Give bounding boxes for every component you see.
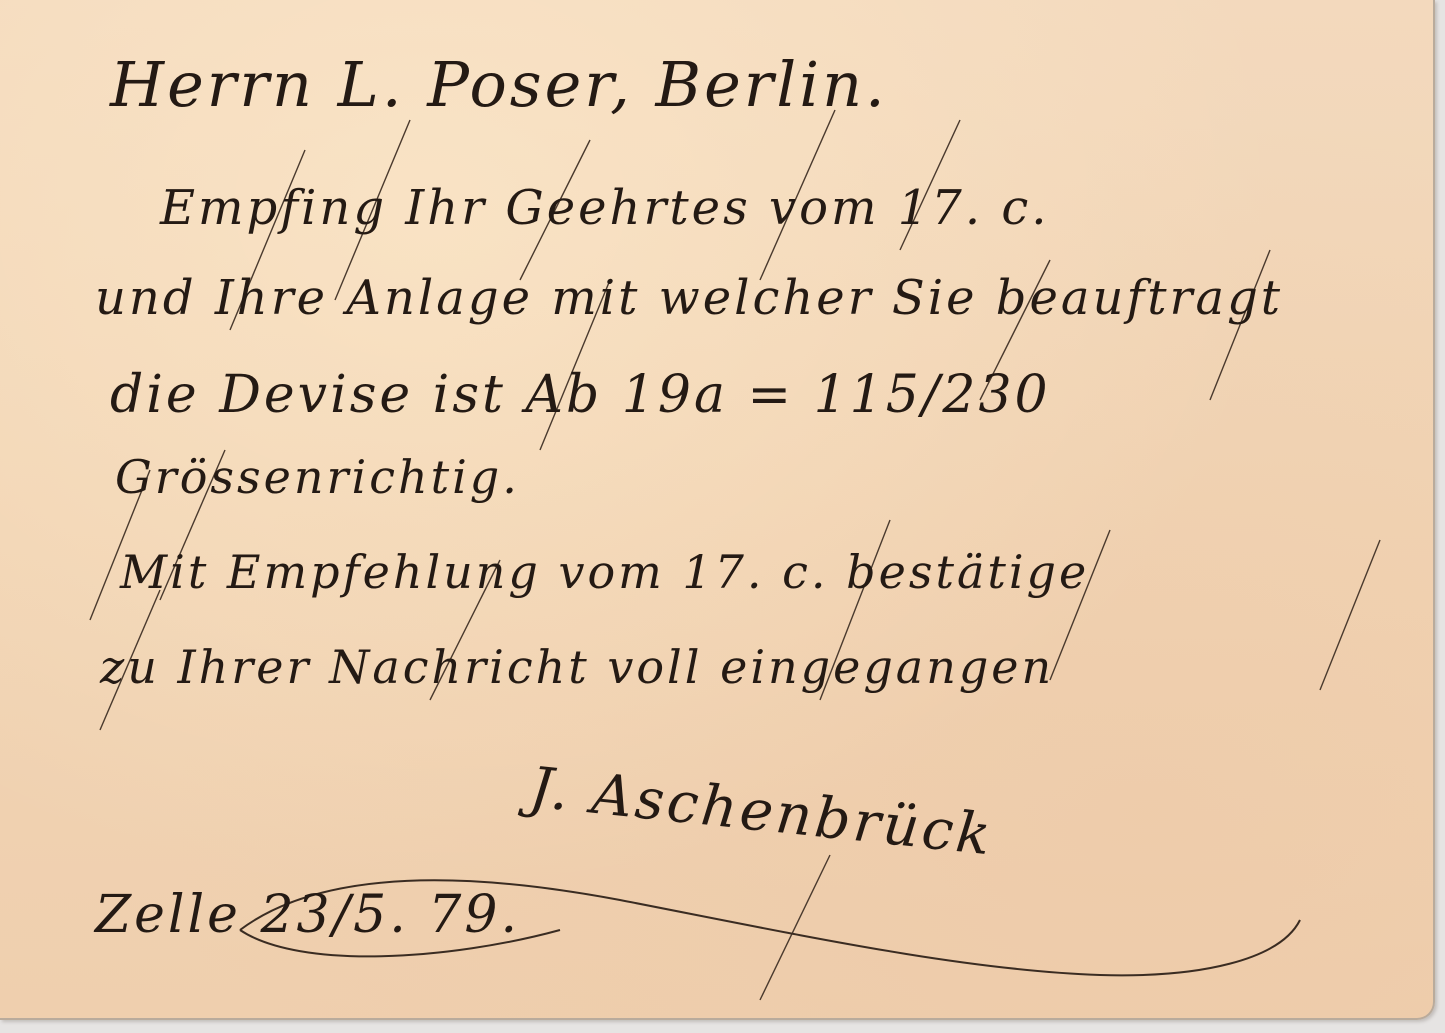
body-line-6: zu Ihrer Nachricht voll eingegangen <box>100 640 1054 694</box>
body-line-5: Mit Empfehlung vom 17. c. bestätige <box>120 545 1089 599</box>
address-line: Herrn L. Poser, Berlin. <box>110 48 888 121</box>
postcard: Herrn L. Poser, Berlin. Empfing Ihr Geeh… <box>0 0 1435 1020</box>
body-line-4: Grössenrichtig. <box>115 450 520 504</box>
body-line-3: die Devise ist Ab 19a = 115/230 <box>110 365 1051 425</box>
body-line-1: Empfing Ihr Geehrtes vom 17. c. <box>160 180 1050 236</box>
place-date: Zelle 23/5. 79. <box>95 885 520 945</box>
body-line-2: und Ihre Anlage mit welcher Sie beauftra… <box>95 270 1283 326</box>
